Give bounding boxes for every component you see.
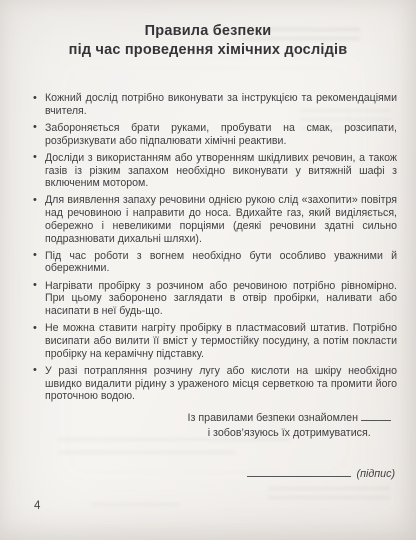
page-number: 4 bbox=[34, 500, 40, 512]
bleed-through-artifact bbox=[92, 498, 180, 506]
rule-item: Для виявлення запаху речовини однією рук… bbox=[33, 194, 397, 245]
safety-rules-list: Кожний дослід потрібно виконувати за інс… bbox=[33, 92, 397, 407]
acknowledgement-line1: Із правилами безпеки ознайомлен bbox=[188, 411, 392, 426]
rule-item: Під час роботи з вогнем необхідно бути о… bbox=[33, 250, 397, 275]
scanned-document-page: Правила безпеки під час проведення хіміч… bbox=[0, 0, 416, 540]
bleed-through-artifact bbox=[268, 486, 390, 499]
rule-item: Досліди з використанням або утворенням ш… bbox=[33, 152, 397, 190]
page-title: Правила безпеки під час проведення хіміч… bbox=[0, 22, 416, 59]
signature-blank-line bbox=[247, 465, 351, 477]
rule-item: У разі потрапляння розчину лугу або кисл… bbox=[33, 365, 397, 403]
signature-row: (підпис) bbox=[247, 465, 395, 480]
signature-label: (підпис) bbox=[357, 468, 395, 480]
page-title-line2: під час проведення хімічних дослідів bbox=[0, 41, 416, 60]
rule-item: Кожний дослід потрібно виконувати за інс… bbox=[33, 92, 397, 117]
page-title-line1: Правила безпеки bbox=[0, 22, 416, 41]
bleed-through-artifact bbox=[58, 446, 236, 454]
rule-item: Забороняється брати руками, пробувати на… bbox=[33, 122, 397, 147]
rule-item: Нагрівати пробірку з розчином або речови… bbox=[33, 280, 397, 318]
name-blank-line bbox=[361, 411, 391, 421]
acknowledgement-block: Із правилами безпеки ознайомлен і зобов’… bbox=[188, 411, 392, 440]
acknowledgement-line2: і зобов’язуюсь їх дотримуватися. bbox=[188, 426, 392, 441]
acknowledgement-line1-text: Із правилами безпеки ознайомлен bbox=[188, 412, 359, 424]
rule-item: Не можна ставити нагріту пробірку в плас… bbox=[33, 322, 397, 360]
